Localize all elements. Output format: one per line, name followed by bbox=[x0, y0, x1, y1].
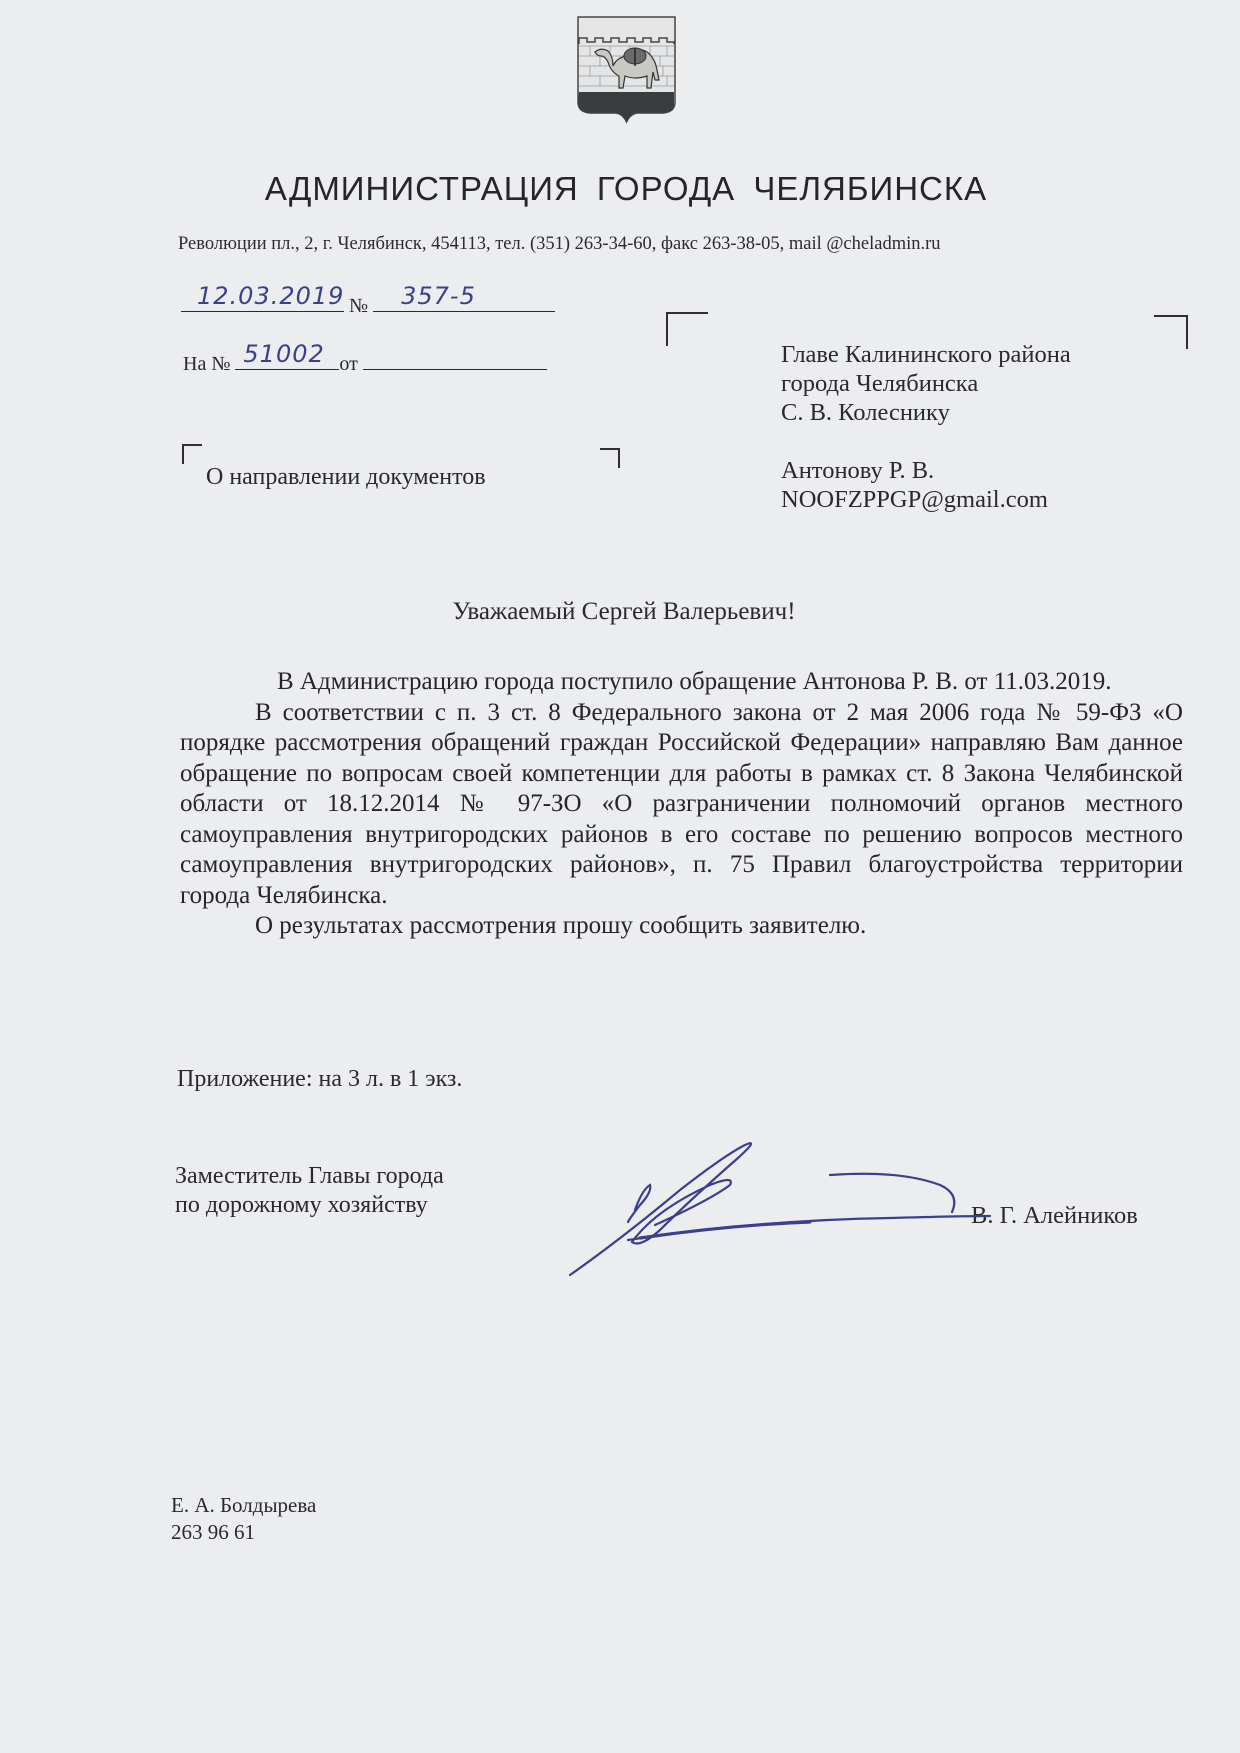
subject-corner-top-left bbox=[182, 444, 202, 464]
signatory-title-line: Заместитель Главы города bbox=[175, 1162, 444, 1191]
coat-of-arms-icon bbox=[575, 14, 678, 124]
in-reply-label: На № bbox=[183, 353, 230, 375]
executor-phone: 263 96 61 bbox=[171, 1519, 316, 1546]
attachment-note: Приложение: на 3 л. в 1 экз. bbox=[177, 1066, 462, 1093]
organization-title: АДМИНИСТРАЦИЯ ГОРОДА ЧЕЛЯБИНСКА bbox=[0, 170, 1240, 208]
from-label: от bbox=[339, 353, 357, 375]
in-reply-date-field bbox=[363, 345, 547, 370]
body-paragraph: В Администрацию города поступило обращен… bbox=[180, 667, 1183, 698]
salutation: Уважаемый Сергей Валерьевич! bbox=[0, 598, 1240, 626]
letter-subject: О направлении документов bbox=[206, 464, 486, 491]
recipient-corner-top-left bbox=[666, 312, 708, 346]
recipient-line: Главе Калининского района bbox=[781, 340, 1071, 369]
recipient-corner-top-right bbox=[1154, 315, 1188, 349]
recipient-line: города Челябинска bbox=[781, 369, 1071, 398]
executor-block: Е. А. Болдырева 263 96 61 bbox=[171, 1492, 316, 1546]
number-label: № bbox=[349, 295, 368, 317]
signatory-title: Заместитель Главы города по дорожному хо… bbox=[175, 1162, 444, 1220]
recipient-block: Главе Калининского района города Челябин… bbox=[781, 340, 1071, 514]
handwritten-signature-icon bbox=[560, 1130, 1020, 1290]
outgoing-number-handwritten: 357-5 bbox=[401, 282, 476, 310]
organization-address: Революции пл., 2, г. Челябинск, 454113, … bbox=[178, 234, 941, 255]
body-paragraph: О результатах рассмотрения прошу сообщит… bbox=[180, 911, 1183, 942]
in-reply-registration-line: На № 51002 от bbox=[183, 345, 547, 376]
copy-recipient-email: NOOFZPPGP@gmail.com bbox=[781, 485, 1071, 514]
body-paragraph: В соответствии с п. 3 ст. 8 Федерального… bbox=[180, 698, 1183, 912]
executor-name: Е. А. Болдырева bbox=[171, 1492, 316, 1519]
signatory-title-line: по дорожному хозяйству bbox=[175, 1191, 444, 1220]
outgoing-registration-line: 12.03.2019 № 357-5 bbox=[181, 287, 555, 318]
letter-page: АДМИНИСТРАЦИЯ ГОРОДА ЧЕЛЯБИНСКА Революци… bbox=[0, 0, 1240, 1753]
letter-body: В Администрацию города поступило обращен… bbox=[180, 667, 1183, 942]
in-reply-number-handwritten: 51002 bbox=[243, 340, 324, 368]
subject-corner-top-right bbox=[600, 448, 620, 468]
recipient-line: С. В. Колеснику bbox=[781, 398, 1071, 427]
outgoing-number-field: 357-5 bbox=[373, 287, 555, 312]
outgoing-date-handwritten: 12.03.2019 bbox=[197, 282, 344, 310]
copy-recipient-name: Антонову Р. В. bbox=[781, 456, 1071, 485]
outgoing-date-field: 12.03.2019 bbox=[181, 287, 344, 312]
in-reply-number-field: 51002 bbox=[235, 345, 339, 370]
